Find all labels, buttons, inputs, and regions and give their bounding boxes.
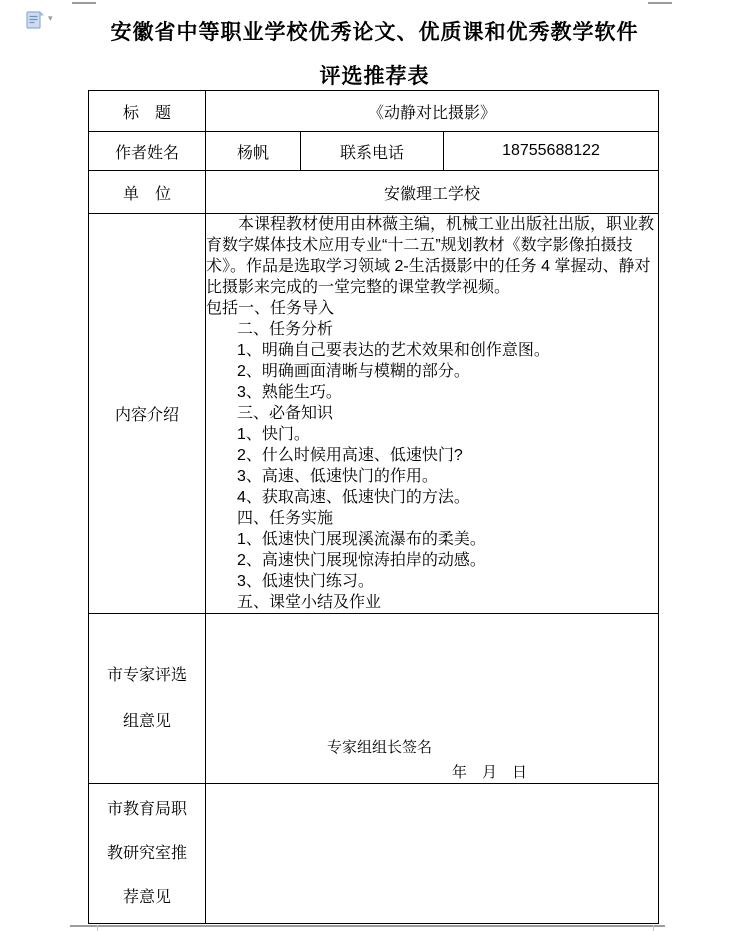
author-label: 作者姓名 xyxy=(89,132,206,171)
label-line: 市专家评选 xyxy=(89,653,205,699)
table-row: 单 位 安徽理工学校 xyxy=(89,171,659,214)
table-row: 内容介绍 本课程教材使用由林薇主编，机械工业出版社出版，职业教育数字媒体技术应用… xyxy=(89,214,659,614)
intro-paragraph: 本课程教材使用由林薇主编，机械工业出版社出版，职业教育数字媒体技术应用专业“十二… xyxy=(206,214,658,298)
label-line: 荐意见 xyxy=(89,876,205,920)
intro-label: 内容介绍 xyxy=(89,214,206,614)
intro-line: 2、高速快门展现惊涛拍岸的动感。 xyxy=(237,550,658,571)
phone-label: 联系电话 xyxy=(301,132,444,171)
signature-label: 专家组组长签名 xyxy=(327,736,432,757)
document-title-line1: 安徽省中等职业学校优秀论文、优质课和优秀教学软件 xyxy=(0,16,749,46)
table-row: 标 题 《动静对比摄影》 xyxy=(89,91,659,132)
phone-value-cell[interactable]: 18755688122 xyxy=(444,132,659,171)
recommendation-form-table: 标 题 《动静对比摄影》 作者姓名 杨帆 联系电话 18755688122 单 … xyxy=(88,90,659,924)
title-value-cell[interactable]: 《动静对比摄影》 xyxy=(206,91,659,132)
top-right-margin-mark xyxy=(648,2,672,4)
label-line: 教研究室推 xyxy=(89,832,205,876)
bureau-opinion-cell[interactable] xyxy=(206,784,659,924)
intro-line: 包括一、任务导入 xyxy=(206,298,658,319)
bottom-left-tick xyxy=(97,925,98,931)
table-row: 市专家评选组意见 专家组组长签名 年 月 日 xyxy=(89,614,659,784)
intro-line: 五、课堂小结及作业 xyxy=(237,592,658,613)
table-row: 作者姓名 杨帆 联系电话 18755688122 xyxy=(89,132,659,171)
intro-line: 3、低速快门练习。 xyxy=(237,571,658,592)
document-title-line2: 评选推荐表 xyxy=(0,60,749,90)
top-left-margin-mark xyxy=(72,2,96,4)
intro-content-cell[interactable]: 本课程教材使用由林薇主编，机械工业出版社出版，职业教育数字媒体技术应用专业“十二… xyxy=(206,214,659,614)
author-name-cell[interactable]: 杨帆 xyxy=(206,132,301,171)
bureau-opinion-label: 市教育局职教研究室推荐意见 xyxy=(89,784,206,924)
bottom-margin-line xyxy=(70,925,665,927)
intro-line: 3、高速、低速快门的作用。 xyxy=(237,466,658,487)
intro-line: 2、什么时候用高速、低速快门? xyxy=(237,445,658,466)
intro-lines: 包括一、任务导入二、任务分析1、明确自己要表达的艺术效果和创作意图。2、明确画面… xyxy=(206,298,658,613)
intro-line: 四、任务实施 xyxy=(237,508,658,529)
unit-label: 单 位 xyxy=(89,171,206,214)
expert-opinion-label: 市专家评选组意见 xyxy=(89,614,206,784)
expert-opinion-cell[interactable]: 专家组组长签名 年 月 日 xyxy=(206,614,659,784)
intro-line: 二、任务分析 xyxy=(237,319,658,340)
date-label: 年 月 日 xyxy=(452,761,527,782)
document-page: { "page": { "title_line1": "安徽省中等职业学校优秀论… xyxy=(0,0,749,931)
table-row: 市教育局职教研究室推荐意见 xyxy=(89,784,659,924)
intro-line: 1、明确自己要表达的艺术效果和创作意图。 xyxy=(237,340,658,361)
intro-line: 1、快门。 xyxy=(237,424,658,445)
label-line: 市教育局职 xyxy=(89,788,205,832)
intro-line: 3、熟能生巧。 xyxy=(237,382,658,403)
title-label: 标 题 xyxy=(89,91,206,132)
label-line: 组意见 xyxy=(89,699,205,745)
intro-line: 1、低速快门展现溪流瀑布的柔美。 xyxy=(237,529,658,550)
intro-line: 三、必备知识 xyxy=(237,403,658,424)
intro-line: 2、明确画面清晰与模糊的部分。 xyxy=(237,361,658,382)
unit-value-cell[interactable]: 安徽理工学校 xyxy=(206,171,659,214)
intro-line: 4、获取高速、低速快门的方法。 xyxy=(237,487,658,508)
bottom-right-tick xyxy=(653,925,654,931)
